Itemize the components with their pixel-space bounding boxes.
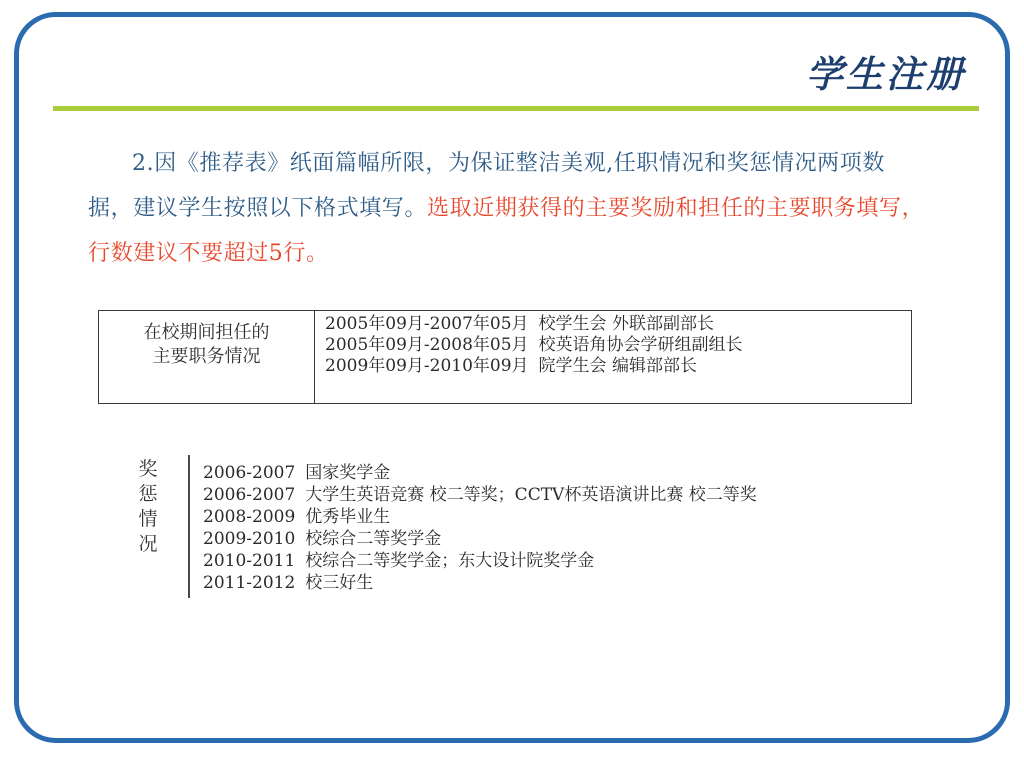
duty-table-row: 2005年09月-2008年05月校英语角协会学研组副组长 bbox=[325, 335, 911, 356]
awards-row-text: 优秀毕业生 bbox=[305, 507, 390, 527]
duty-row-period: 2005年09月-2008年05月 bbox=[325, 335, 529, 355]
awards-row: 2008-2009优秀毕业生 bbox=[203, 506, 757, 528]
duty-row-period: 2005年09月-2007年05月 bbox=[325, 314, 529, 334]
duty-table-row: 2005年09月-2007年05月校学生会 外联部副部长 bbox=[325, 314, 911, 335]
title-underline-rule bbox=[53, 106, 979, 111]
awards-row-period: 2011-2012 bbox=[203, 573, 295, 593]
awards-row-text: 校综合二等奖学金；东大设计院奖学金 bbox=[305, 551, 594, 571]
duty-row-period: 2009年09月-2010年09月 bbox=[325, 356, 529, 376]
intro-paragraph: 2.因《推荐表》纸面篇幅所限，为保证整洁美观,任职情况和奖惩情况两项数 据，建议… bbox=[88, 141, 948, 276]
duty-label-line-2: 主要职务情况 bbox=[153, 345, 261, 369]
awards-row: 2009-2010校综合二等奖学金 bbox=[203, 528, 757, 550]
intro-line-2-blue-text: 据，建议学生按照以下格式填写。 bbox=[88, 196, 427, 221]
duty-row-text: 校学生会 外联部副部长 bbox=[539, 314, 714, 334]
awards-row-period: 2006-2007 bbox=[203, 463, 295, 483]
intro-line-2: 据，建议学生按照以下格式填写。选取近期获得的主要奖励和担任的主要职务填写， bbox=[88, 186, 948, 231]
awards-row: 2006-2007大学生英语竞赛 校二等奖；CCTV杯英语演讲比赛 校二等奖 bbox=[203, 484, 757, 506]
awards-row-period: 2006-2007 bbox=[203, 485, 295, 505]
awards-row: 2011-2012校三好生 bbox=[203, 572, 757, 594]
slide-title: 学生注册 bbox=[806, 44, 966, 98]
awards-row-period: 2010-2011 bbox=[203, 551, 295, 571]
intro-line-1-text: 2.因《推荐表》纸面篇幅所限，为保证整洁美观,任职情况和奖惩情况两项数 bbox=[132, 151, 885, 176]
awards-label: 奖惩情况 bbox=[136, 457, 160, 557]
duty-label-line-1: 在校期间担任的 bbox=[144, 321, 270, 345]
duty-table-content: 2005年09月-2007年05月校学生会 外联部副部长 2005年09月-20… bbox=[315, 311, 911, 403]
slide-canvas: 学生注册 2.因《推荐表》纸面篇幅所限，为保证整洁美观,任职情况和奖惩情况两项数… bbox=[0, 0, 1024, 768]
intro-line-1: 2.因《推荐表》纸面篇幅所限，为保证整洁美观,任职情况和奖惩情况两项数 bbox=[88, 141, 948, 186]
awards-list: 2006-2007国家奖学金 2006-2007大学生英语竞赛 校二等奖；CCT… bbox=[188, 455, 757, 598]
awards-row-period: 2008-2009 bbox=[203, 507, 295, 527]
intro-line-2-red-text: 选取近期获得的主要奖励和担任的主要职务填写， bbox=[427, 196, 924, 221]
duty-table: 在校期间担任的 主要职务情况 2005年09月-2007年05月校学生会 外联部… bbox=[98, 310, 912, 404]
awards-row: 2006-2007国家奖学金 bbox=[203, 462, 757, 484]
duty-table-row: 2009年09月-2010年09月院学生会 编辑部部长 bbox=[325, 356, 911, 377]
duty-row-text: 院学生会 编辑部部长 bbox=[539, 356, 697, 376]
awards-row-text: 校综合二等奖学金 bbox=[305, 529, 441, 549]
duty-row-text: 校英语角协会学研组副组长 bbox=[539, 335, 743, 355]
intro-line-3-red-text: 行数建议不要超过5行。 bbox=[88, 241, 329, 266]
duty-table-label: 在校期间担任的 主要职务情况 bbox=[99, 311, 315, 403]
awards-row-text: 校三好生 bbox=[305, 573, 373, 593]
awards-row: 2010-2011校综合二等奖学金；东大设计院奖学金 bbox=[203, 550, 757, 572]
awards-row-text: 大学生英语竞赛 校二等奖；CCTV杯英语演讲比赛 校二等奖 bbox=[305, 485, 756, 505]
awards-row-text: 国家奖学金 bbox=[305, 463, 390, 483]
awards-row-period: 2009-2010 bbox=[203, 529, 295, 549]
intro-line-3: 行数建议不要超过5行。 bbox=[88, 231, 948, 276]
